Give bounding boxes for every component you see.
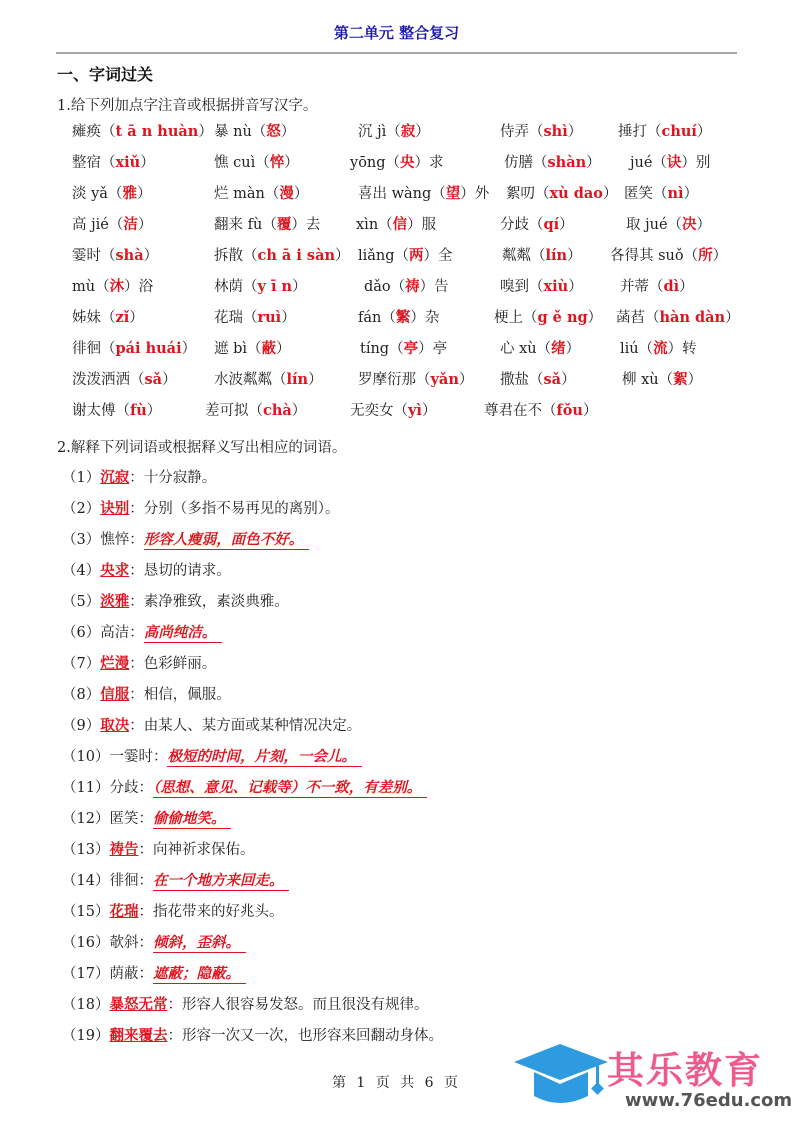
item-number: （17） xyxy=(62,966,109,982)
pinyin-item: 尊君在不（fǒu） xyxy=(484,399,597,420)
pinyin-item: 暴 nù（怒） xyxy=(214,120,295,141)
item-separator: ： xyxy=(167,1028,182,1044)
item-prompt: 粼粼（ xyxy=(502,248,546,264)
item-suffix: ）全 xyxy=(424,248,453,264)
item-suffix: ） xyxy=(292,403,307,419)
item-number: （7） xyxy=(62,656,100,672)
item-suffix: ） xyxy=(281,124,296,140)
definition-item: （17）荫蔽：遮蔽；隐蔽。 xyxy=(62,962,246,983)
item-suffix: ） xyxy=(281,310,296,326)
pinyin-item: 水波粼粼（lín） xyxy=(214,368,323,389)
item-number: （6） xyxy=(62,625,100,641)
pinyin-item: dǎo（祷）告 xyxy=(364,275,449,296)
item-suffix: ） xyxy=(294,186,309,202)
item-prompt: liǎng（ xyxy=(358,248,409,264)
item-suffix: ） xyxy=(182,341,197,357)
item-answer: xù dao xyxy=(550,185,603,202)
item-suffix: ） xyxy=(147,403,162,419)
item-number: （2） xyxy=(62,501,100,517)
item-suffix: ） xyxy=(679,279,694,295)
item-prompt: jué（ xyxy=(630,155,667,171)
item-suffix: ） xyxy=(292,279,307,295)
pinyin-item: 林荫（y ī n） xyxy=(214,275,307,296)
item-meaning: 倾斜，歪斜。 xyxy=(153,934,246,953)
item-term: 徘徊 xyxy=(109,873,138,889)
item-answer: 决 xyxy=(682,216,697,233)
item-number: （9） xyxy=(62,718,100,734)
pinyin-item: 心 xù（绪） xyxy=(500,337,580,358)
definition-item: （16）欹斜：倾斜，歪斜。 xyxy=(62,931,246,952)
definition-item: （7）烂漫：色彩鲜丽。 xyxy=(62,652,216,673)
item-prompt: 拆散（ xyxy=(214,248,258,264)
item-suffix: ）亭 xyxy=(418,341,447,357)
item-suffix: ）杂 xyxy=(410,310,439,326)
pinyin-item: fán（繁）杂 xyxy=(358,306,439,327)
item-number: （14） xyxy=(62,873,109,889)
item-separator: ： xyxy=(138,966,153,982)
item-answer: 两 xyxy=(409,247,424,264)
item-prompt: tíng（ xyxy=(360,341,404,357)
item-meaning: 形容人很容易发怒。而且很没有规律。 xyxy=(182,997,429,1013)
pinyin-item: 并蒂（dì） xyxy=(620,275,694,296)
pinyin-item: yōng（央）求 xyxy=(350,151,444,172)
definition-item: （10）一霎时：极短的时间，片刻，一会儿。 xyxy=(62,745,362,766)
item-term: 花瑞 xyxy=(109,903,138,920)
item-term: 沉寂 xyxy=(100,469,129,486)
pinyin-item: 粼粼（lín） xyxy=(502,244,582,265)
item-prompt: 撒盐（ xyxy=(500,372,544,388)
item-prompt: 并蒂（ xyxy=(620,279,664,295)
item-prompt: 心 xù（ xyxy=(500,341,551,357)
item-number: （15） xyxy=(62,904,109,920)
item-answer: shà xyxy=(116,247,144,264)
item-suffix: ） xyxy=(198,124,213,140)
item-separator: ： xyxy=(138,780,153,796)
item-answer: 绪 xyxy=(551,340,566,357)
pinyin-item: 瘫痪（t ā n huàn） xyxy=(72,120,213,141)
item-answer: 流 xyxy=(653,340,668,357)
pinyin-item: xìn（信）服 xyxy=(356,213,436,234)
brand-logo[interactable]: 其乐教育 www.76edu.com xyxy=(512,1040,792,1116)
item-suffix: ） xyxy=(284,155,299,171)
item-prompt: 尊君在不（ xyxy=(484,403,557,419)
item-suffix: ）别 xyxy=(681,155,710,171)
item-separator: ： xyxy=(129,625,144,641)
item-meaning: 高尚纯洁。 xyxy=(144,624,223,643)
question-1-title: 1.给下列加点字注音或根据拼音写汉字。 xyxy=(57,94,317,115)
item-suffix: ） xyxy=(422,403,437,419)
item-prompt: 霎时（ xyxy=(72,248,116,264)
item-number: （16） xyxy=(62,935,109,951)
definition-item: （4）央求：恳切的请求。 xyxy=(62,559,231,580)
pinyin-item: tíng（亭）亭 xyxy=(360,337,447,358)
item-separator: ： xyxy=(138,842,153,858)
item-separator: ： xyxy=(138,873,153,889)
pinyin-item: 泼泼洒洒（sǎ） xyxy=(72,368,177,389)
pinyin-item: 撒盐（sǎ） xyxy=(500,368,576,389)
item-suffix: ） xyxy=(586,155,601,171)
pinyin-item: 梗上（g ě ng） xyxy=(494,306,602,327)
item-answer: 洁 xyxy=(123,216,138,233)
item-prompt: 姊妹（ xyxy=(72,310,116,326)
item-prompt: 捶打（ xyxy=(618,124,662,140)
item-suffix: ） xyxy=(688,372,703,388)
pinyin-item: 嗅到（xiù） xyxy=(500,275,583,296)
definition-item: （9）取决：由某人、某方面或某种情况决定。 xyxy=(62,714,361,735)
item-prompt: 花瑞（ xyxy=(214,310,258,326)
item-prompt: 烂 màn（ xyxy=(214,186,279,202)
pinyin-item: 喜出 wàng（望）外 xyxy=(358,182,489,203)
item-term: 取决 xyxy=(100,717,129,734)
pinyin-item: 无奕女（yì） xyxy=(350,399,436,420)
pinyin-item: 差可拟（chà） xyxy=(205,399,306,420)
item-suffix: ） xyxy=(566,341,581,357)
item-prompt: 高 jié（ xyxy=(72,217,123,233)
pinyin-item: 花瑞（ruì） xyxy=(214,306,296,327)
definition-item: （8）信服：相信，佩服。 xyxy=(62,683,231,704)
item-suffix: ） xyxy=(583,403,598,419)
item-suffix: ） xyxy=(335,248,350,264)
item-separator: ： xyxy=(153,749,168,765)
item-meaning: 素净雅致，素淡典雅。 xyxy=(144,594,289,610)
item-prompt: 分歧（ xyxy=(500,217,544,233)
item-answer: 蔽 xyxy=(262,340,277,357)
pinyin-item: 霎时（shà） xyxy=(72,244,158,265)
item-suffix: ）告 xyxy=(420,279,449,295)
item-prompt: 整宿（ xyxy=(72,155,116,171)
item-meaning: 形容人瘦弱，面色不好。 xyxy=(144,531,310,550)
pinyin-item: 翻来 fù（覆）去 xyxy=(214,213,320,234)
item-answer: 覆 xyxy=(277,216,292,233)
logo-url[interactable]: www.76edu.com xyxy=(625,1090,792,1111)
item-answer: hàn dàn xyxy=(660,309,726,326)
item-term: 憔悴 xyxy=(100,532,129,548)
item-prompt: 柳 xù（ xyxy=(622,372,673,388)
item-term: 诀别 xyxy=(100,500,129,517)
item-number: （1） xyxy=(62,470,100,486)
item-suffix: ）去 xyxy=(291,217,320,233)
item-answer: 雅 xyxy=(122,185,137,202)
item-answer: 祷 xyxy=(405,278,420,295)
pinyin-item: 烂 màn（漫） xyxy=(214,182,308,203)
item-answer: nì xyxy=(668,185,684,202)
item-answer: y ī n xyxy=(258,278,293,295)
item-answer: 望 xyxy=(446,185,461,202)
item-term: 暴怒无常 xyxy=(109,996,167,1013)
pinyin-item: 憔 cuì（悴） xyxy=(214,151,299,172)
logo-brand-name: 其乐教育 xyxy=(607,1040,763,1094)
pinyin-item: 取 jué（决） xyxy=(626,213,711,234)
pinyin-item: 高 jié（洁） xyxy=(72,213,152,234)
item-suffix: ） xyxy=(459,372,474,388)
definition-item: （15）花瑞：指花带来的好兆头。 xyxy=(62,900,283,921)
item-suffix: ） xyxy=(129,310,144,326)
item-number: （4） xyxy=(62,563,100,579)
pinyin-item: 淡 yǎ（雅） xyxy=(72,182,151,203)
definition-item: （11）分歧：（思想、意见、记载等）不一致，有差别。 xyxy=(62,776,427,797)
item-answer: 漫 xyxy=(279,185,294,202)
item-answer: chuí xyxy=(662,123,697,140)
section-title: 一、字词过关 xyxy=(57,62,153,85)
header-divider xyxy=(56,52,737,54)
item-number: （5） xyxy=(62,594,100,610)
item-separator: ： xyxy=(129,501,144,517)
pinyin-item: 遮 bì（蔽） xyxy=(214,337,291,358)
page-title: 第二单元 整合复习 xyxy=(0,22,793,43)
item-meaning: 偷偷地笑。 xyxy=(153,810,232,829)
item-separator: ： xyxy=(129,563,144,579)
item-suffix: ） xyxy=(684,186,699,202)
item-separator: ： xyxy=(129,470,144,486)
item-prompt: 侍弄（ xyxy=(500,124,544,140)
item-separator: ： xyxy=(138,811,153,827)
definition-item: （13）祷告：向神祈求保佑。 xyxy=(62,838,254,859)
item-prompt: 憔 cuì（ xyxy=(214,155,270,171)
item-separator: ： xyxy=(138,904,153,920)
pinyin-item: 谢太傅（fù） xyxy=(72,399,161,420)
item-answer: 信 xyxy=(393,216,408,233)
definition-item: （2）诀别：分别（多指不易再见的离别）。 xyxy=(62,497,339,518)
item-answer: 诀 xyxy=(667,154,682,171)
item-answer: 悴 xyxy=(270,154,285,171)
item-suffix: ） xyxy=(415,124,430,140)
item-meaning: 向神祈求保佑。 xyxy=(153,842,255,858)
item-answer: 亭 xyxy=(404,340,419,357)
item-term: 高洁 xyxy=(100,625,129,641)
item-suffix: ） xyxy=(138,217,153,233)
definition-item: （3）憔悴：形容人瘦弱，面色不好。 xyxy=(62,528,309,549)
item-term: 翻来覆去 xyxy=(109,1027,167,1044)
definition-item: （14）徘徊：在一个地方来回走。 xyxy=(62,869,289,890)
item-prompt: 林荫（ xyxy=(214,279,258,295)
item-term: 烂漫 xyxy=(100,655,129,672)
item-suffix: ） xyxy=(588,310,603,326)
pinyin-item: 沉 jì（寂） xyxy=(358,120,430,141)
item-suffix: ） xyxy=(137,186,152,202)
item-answer: zǐ xyxy=(116,309,130,326)
item-prompt: 沉 jì（ xyxy=(358,124,401,140)
item-prompt: 淡 yǎ（ xyxy=(72,186,122,202)
item-answer: t ā n huàn xyxy=(116,123,199,140)
item-separator: ： xyxy=(129,594,144,610)
item-meaning: 形容一次又一次，也形容来回翻动身体。 xyxy=(182,1028,443,1044)
item-suffix: ） xyxy=(603,186,618,202)
pinyin-item: 侍弄（shì） xyxy=(500,120,582,141)
item-prompt: fán（ xyxy=(358,310,396,326)
item-prompt: dǎo（ xyxy=(364,279,405,295)
pinyin-item: jué（诀）别 xyxy=(630,151,710,172)
item-answer: shàn xyxy=(548,154,587,171)
item-prompt: 泼泼洒洒（ xyxy=(72,372,145,388)
pinyin-item: 柳 xù（絮） xyxy=(622,368,702,389)
item-suffix: ）求 xyxy=(415,155,444,171)
item-term: 央求 xyxy=(100,562,129,579)
item-prompt: 水波粼粼（ xyxy=(214,372,287,388)
item-answer: yǎn xyxy=(431,371,459,388)
item-prompt: 絮叨（ xyxy=(506,186,550,202)
item-suffix: ） xyxy=(162,372,177,388)
item-suffix: ） xyxy=(568,279,583,295)
item-suffix: ）浴 xyxy=(124,279,153,295)
item-number: （8） xyxy=(62,687,100,703)
item-separator: ： xyxy=(129,718,144,734)
item-separator: ： xyxy=(129,656,144,672)
item-meaning: 相信，佩服。 xyxy=(144,687,231,703)
item-term: 欹斜 xyxy=(109,935,138,951)
item-prompt: 无奕女（ xyxy=(350,403,408,419)
pinyin-item: 姊妹（zǐ） xyxy=(72,306,144,327)
item-suffix: ） xyxy=(568,124,583,140)
item-number: （13） xyxy=(62,842,109,858)
item-term: 荫蔽 xyxy=(109,966,138,982)
item-answer: qí xyxy=(544,216,560,233)
item-prompt: 差可拟（ xyxy=(205,403,263,419)
pinyin-item: 捶打（chuí） xyxy=(618,120,711,141)
item-term: 一霎时 xyxy=(109,749,153,765)
item-suffix: ） xyxy=(308,372,323,388)
item-separator: ： xyxy=(129,532,144,548)
item-suffix: ）转 xyxy=(668,341,697,357)
item-suffix: ） xyxy=(725,310,740,326)
item-suffix: ） xyxy=(561,372,576,388)
item-answer: lín xyxy=(287,371,309,388)
item-suffix: ）服 xyxy=(407,217,436,233)
pinyin-item: 絮叨（xù dao） xyxy=(506,182,617,203)
item-meaning: 分别（多指不易再见的离别）。 xyxy=(144,501,340,517)
item-term: 匿笑 xyxy=(109,811,138,827)
item-answer: 繁 xyxy=(396,309,411,326)
definition-item: （6）高洁：高尚纯洁。 xyxy=(62,621,222,642)
item-number: （12） xyxy=(62,811,109,827)
item-suffix: ） xyxy=(140,155,155,171)
item-separator: ： xyxy=(138,935,153,951)
item-term: 分歧 xyxy=(109,780,138,796)
item-prompt: xìn（ xyxy=(356,217,393,233)
item-answer: 央 xyxy=(400,154,415,171)
item-suffix: ） xyxy=(697,217,712,233)
item-suffix: ） xyxy=(144,248,159,264)
item-answer: ch ā i sàn xyxy=(258,247,336,264)
item-meaning: 在一个地方来回走。 xyxy=(153,872,290,891)
definition-item: （1）沉寂：十分寂静。 xyxy=(62,466,216,487)
graduation-cap-icon xyxy=(512,1040,612,1116)
item-separator: ： xyxy=(167,997,182,1013)
item-separator: ： xyxy=(129,687,144,703)
pinyin-item: liǎng（两）全 xyxy=(358,244,453,265)
definition-item: （18）暴怒无常：形容人很容易发怒。而且很没有规律。 xyxy=(62,993,428,1014)
item-suffix: ） xyxy=(276,341,291,357)
item-answer: 所 xyxy=(698,247,713,264)
item-answer: xiù xyxy=(544,278,569,295)
item-number: （11） xyxy=(62,780,109,796)
item-prompt: 各得其 suǒ（ xyxy=(610,248,698,264)
item-answer: 沐 xyxy=(110,278,125,295)
item-term: 信服 xyxy=(100,686,129,703)
item-answer: dì xyxy=(664,278,680,295)
item-meaning: 由某人、某方面或某种情况决定。 xyxy=(144,718,362,734)
pinyin-item: 仿膳（shàn） xyxy=(504,151,601,172)
item-answer: pái huái xyxy=(116,340,182,357)
item-answer: xiǔ xyxy=(116,154,141,171)
item-suffix: ） xyxy=(559,217,574,233)
item-prompt: 仿膳（ xyxy=(504,155,548,171)
item-prompt: mù（ xyxy=(72,279,110,295)
item-prompt: 谢太傅（ xyxy=(72,403,130,419)
item-prompt: 瘫痪（ xyxy=(72,124,116,140)
item-suffix: ） xyxy=(713,248,728,264)
pinyin-item: 菡萏（hàn dàn） xyxy=(616,306,740,327)
item-prompt: 菡萏（ xyxy=(616,310,660,326)
item-meaning: 色彩鲜丽。 xyxy=(144,656,217,672)
item-meaning: 遮蔽；隐蔽。 xyxy=(153,965,246,984)
definition-item: （12）匿笑：偷偷地笑。 xyxy=(62,807,231,828)
pinyin-item: mù（沐）浴 xyxy=(72,275,153,296)
item-term: 淡雅 xyxy=(100,593,129,610)
item-number: （3） xyxy=(62,532,100,548)
item-answer: yì xyxy=(408,402,422,419)
item-prompt: 喜出 wàng（ xyxy=(358,186,446,202)
item-number: （19） xyxy=(62,1028,109,1044)
item-prompt: 遮 bì（ xyxy=(214,341,262,357)
item-suffix: ）外 xyxy=(460,186,489,202)
item-meaning: 十分寂静。 xyxy=(144,470,217,486)
item-prompt: 罗摩衍那（ xyxy=(358,372,431,388)
item-answer: sǎ xyxy=(145,371,163,388)
item-prompt: yōng（ xyxy=(350,155,400,171)
pinyin-item: 分歧（qí） xyxy=(500,213,574,234)
item-meaning: 指花带来的好兆头。 xyxy=(153,904,284,920)
definition-item: （19）翻来覆去：形容一次又一次，也形容来回翻动身体。 xyxy=(62,1024,443,1045)
item-prompt: 嗅到（ xyxy=(500,279,544,295)
pinyin-item: 整宿（xiǔ） xyxy=(72,151,155,172)
item-meaning: 极短的时间，片刻，一会儿。 xyxy=(167,748,362,767)
item-answer: 寂 xyxy=(401,123,416,140)
definition-item: （5）淡雅：素净雅致，素淡典雅。 xyxy=(62,590,289,611)
item-suffix: ） xyxy=(697,124,712,140)
pinyin-item: 匿笑（nì） xyxy=(624,182,698,203)
item-answer: fǒu xyxy=(557,402,583,419)
item-answer: 怒 xyxy=(266,123,281,140)
pinyin-item: 各得其 suǒ（所） xyxy=(610,244,727,265)
item-answer: ruì xyxy=(258,309,282,326)
item-suffix: ） xyxy=(567,248,582,264)
item-prompt: 梗上（ xyxy=(494,310,538,326)
item-answer: shì xyxy=(544,123,568,140)
pinyin-item: 徘徊（pái huái） xyxy=(72,337,196,358)
item-answer: lín xyxy=(546,247,568,264)
item-answer: 絮 xyxy=(673,371,688,388)
item-number: （18） xyxy=(62,997,109,1013)
item-answer: sǎ xyxy=(544,371,562,388)
pinyin-item: 罗摩衍那（yǎn） xyxy=(358,368,473,389)
item-answer: fù xyxy=(130,402,147,419)
item-prompt: 徘徊（ xyxy=(72,341,116,357)
item-number: （10） xyxy=(62,749,109,765)
item-prompt: 取 jué（ xyxy=(626,217,682,233)
question-2-title: 2.解释下列词语或根据释义写出相应的词语。 xyxy=(57,436,346,457)
item-prompt: 翻来 fù（ xyxy=(214,217,277,233)
item-meaning: 恳切的请求。 xyxy=(144,563,231,579)
pinyin-item: 拆散（ch ā i sàn） xyxy=(214,244,350,265)
item-prompt: 暴 nù（ xyxy=(214,124,266,140)
item-term: 祷告 xyxy=(109,841,138,858)
item-meaning: （思想、意见、记载等）不一致，有差别。 xyxy=(153,779,427,798)
pinyin-item: liú（流）转 xyxy=(620,337,697,358)
item-prompt: 匿笑（ xyxy=(624,186,668,202)
item-prompt: liú（ xyxy=(620,341,653,357)
item-answer: g ě ng xyxy=(538,309,588,326)
item-answer: chà xyxy=(263,402,292,419)
